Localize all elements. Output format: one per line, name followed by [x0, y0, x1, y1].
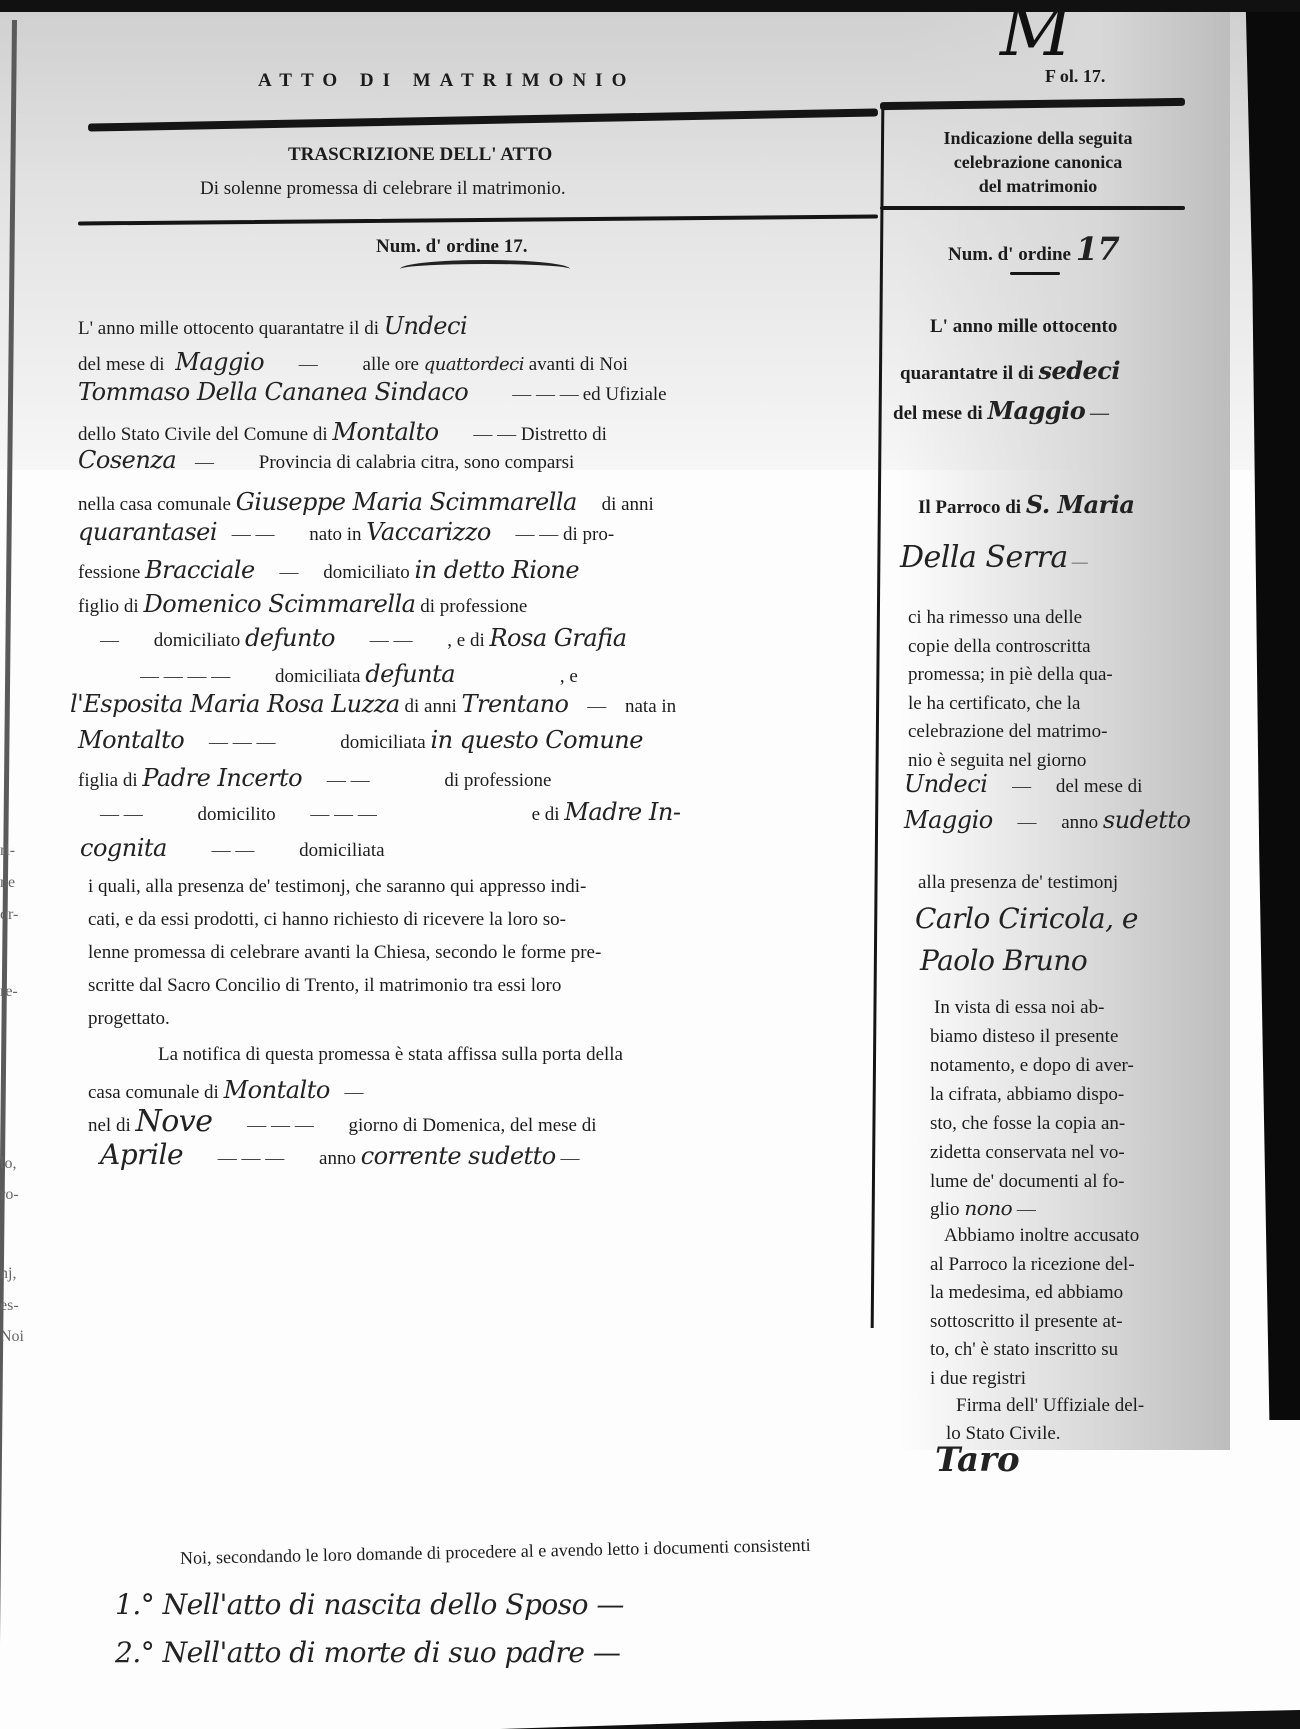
right-paragraph-2: In vista di essa noi ab- biamo disteso i…: [930, 993, 1192, 1196]
celebration-month-line: Maggio — anno sudetto: [904, 806, 1191, 834]
footer-item-2: 2.° Nell'atto di morte di suo padre —: [115, 1636, 620, 1669]
handwritten-month: Maggio: [175, 348, 264, 376]
handwritten-folio: nono: [964, 1196, 1012, 1220]
handwritten-celebration-year: sudetto: [1103, 806, 1191, 834]
line-bride-mother-domicile: cognita — — domiciliata: [80, 834, 385, 862]
handwritten-right-month: Maggio: [987, 396, 1085, 425]
handwritten-groom-father: Domenico Scimmarella: [143, 590, 415, 618]
notice-line-3: nel di Nove — — — giorno di Domenica, de…: [88, 1104, 597, 1139]
handwritten-groom-profession: Bracciale: [145, 556, 255, 584]
line-groom: nella casa comunale Giuseppe Maria Scimm…: [78, 488, 654, 516]
handwritten-hour: quattordeci: [424, 354, 524, 375]
line-official: Tommaso Della Cananea Sindaco — — — ed U…: [78, 378, 878, 406]
right-day-line: quarantatre il di sedeci: [900, 356, 1120, 385]
right-order-number: Num. d' ordine 17: [948, 230, 1119, 268]
handwritten-official-name: Tommaso Della Cananea Sindaco: [78, 378, 468, 406]
parroco-line: Il Parroco di S. Maria: [918, 490, 1134, 519]
footer-item-1: 1.° Nell'atto di nascita dello Sposo —: [115, 1588, 624, 1621]
folio-line: glio nono —: [930, 1196, 1036, 1221]
margin-fragment: re-: [0, 983, 18, 1001]
handwritten-order-value: 17: [1076, 230, 1120, 268]
handwritten-bride-mother: Madre In-: [564, 798, 680, 826]
handwritten-groom-domicile: in detto Rione: [414, 556, 579, 584]
line-province: Cosenza — Provincia di calabria citra, s…: [78, 446, 574, 474]
handwritten-notice-comune: Montalto: [224, 1076, 330, 1104]
handwritten-parish-1: S. Maria: [1026, 490, 1135, 519]
handwritten-district: Cosenza: [78, 446, 176, 474]
line-groom-father: figlio di Domenico Scimmarella di profes…: [78, 590, 527, 618]
handwritten-bride-mother-cont: cognita: [80, 834, 167, 862]
margin-fragment: nj,: [0, 1265, 16, 1283]
handwritten-groom-name: Giuseppe Maria Scimmarella: [236, 488, 577, 516]
corner-signature-mark: M: [1000, 0, 1072, 72]
handwritten-bride-domicile: in questo Comune: [430, 726, 643, 754]
order-underline: [1010, 272, 1060, 275]
line-mother-domicile: — — — — domiciliata defunta , e: [140, 660, 578, 688]
left-heading: TRASCRIZIONE DELL' ATTO: [288, 144, 552, 166]
handwritten-notice-day: Nove: [136, 1104, 213, 1139]
witness-1: Carlo Ciricola, e: [915, 902, 1138, 935]
handwritten-groom-mother: Rosa Grafia: [489, 624, 626, 652]
margin-fragment: or-: [0, 906, 18, 924]
handwritten-mother-status: defunta: [365, 660, 455, 688]
decorative-brace: [400, 260, 570, 278]
margin-fragment: ne: [0, 874, 15, 892]
scan-top-edge: [0, 0, 1300, 12]
celebration-day-line: Undeci — del mese di: [904, 770, 1142, 798]
line-bride-domicile: Montalto — — — domiciliata in questo Com…: [78, 726, 643, 754]
handwritten-groom-birthplace: Vaccarizzo: [366, 518, 491, 546]
line-year: L' anno mille ottocento quarantatre il d…: [78, 312, 467, 340]
right-heading: Indicazione della seguita celebrazione c…: [893, 126, 1183, 198]
margin-fragment: ri-: [0, 842, 15, 860]
line-groom-mother: — domiciliato defunto — — , e di Rosa Gr…: [100, 624, 627, 652]
handwritten-celebration-month: Maggio: [904, 806, 993, 834]
handwritten-parish-2: Della Serra: [900, 540, 1068, 575]
parroco-line-2: Della Serra —: [900, 540, 1088, 575]
handwritten-bride-birthplace: Montalto: [78, 726, 184, 754]
handwritten-bride-father: Padre Incerto: [142, 764, 302, 792]
folio-number: F ol. 17.: [1045, 66, 1105, 87]
right-month-line: del mese di Maggio —: [893, 396, 1109, 425]
handwritten-father-status: defunto: [245, 624, 335, 652]
footer-printed-line: Noi, secondando le loro domande di proce…: [180, 1535, 811, 1569]
margin-fragment: lo,: [0, 1155, 16, 1173]
line-bride: l'Esposita Maria Rosa Luzza di anni Tren…: [70, 690, 676, 718]
notice-line-1: La notifica di questa promessa è stata a…: [158, 1044, 623, 1066]
right-paragraph-3: Abbiamo inoltre accusato al Parroco la r…: [930, 1222, 1192, 1393]
witness-label: alla presenza de' testimonj: [918, 872, 1118, 894]
right-year-line: L' anno mille ottocento: [930, 316, 1117, 338]
notice-line-4: Aprile — — — anno corrente sudetto —: [100, 1138, 580, 1171]
handwritten-bride-age: Trentano: [461, 690, 568, 718]
right-paragraph-1: ci ha rimesso una delle copie della cont…: [908, 604, 1198, 775]
witness-2: Paolo Bruno: [920, 944, 1087, 977]
handwritten-groom-age: quarantasei: [78, 518, 217, 546]
handwritten-day: Undeci: [384, 312, 467, 340]
line-groom-age: quarantasei — — nato in Vaccarizzo — — d…: [78, 518, 614, 546]
line-month: del mese di Maggio — alle ore quattordec…: [78, 348, 628, 376]
promise-paragraph: i quali, alla presenza de' testimonj, ch…: [88, 870, 601, 1035]
document-title: ATTO DI MATRIMONIO: [258, 70, 635, 92]
margin-fragment: es-: [0, 1297, 19, 1315]
handwritten-notice-year: corrente sudetto: [361, 1142, 556, 1170]
handwritten-right-day: sedeci: [1038, 356, 1120, 385]
line-groom-profession: fessione Bracciale — domiciliato in dett…: [78, 556, 579, 584]
line-bride-father: figlia di Padre Incerto — — di professio…: [78, 764, 551, 792]
line-comune: dello Stato Civile del Comune di Montalt…: [78, 418, 607, 446]
margin-fragment: Noi: [0, 1328, 24, 1346]
right-section-rule: [880, 206, 1185, 210]
handwritten-notice-month: Aprile: [100, 1138, 183, 1171]
official-signature: Taro: [935, 1440, 1020, 1480]
line-bride-mother: — — domicilito — — — e di Madre In-: [100, 798, 680, 826]
handwritten-celebration-day: Undeci: [904, 770, 987, 798]
handwritten-comune: Montalto: [332, 418, 438, 446]
handwritten-bride-name: l'Esposita Maria Rosa Luzza: [70, 690, 400, 718]
left-order-number: Num. d' ordine 17.: [376, 236, 528, 258]
margin-fragment: ro-: [0, 1186, 19, 1204]
notice-line-2: casa comunale di Montalto —: [88, 1076, 364, 1104]
left-subheading: Di solenne promessa di celebrare il matr…: [200, 178, 566, 200]
scan-bottom-edge: [500, 1710, 1300, 1729]
